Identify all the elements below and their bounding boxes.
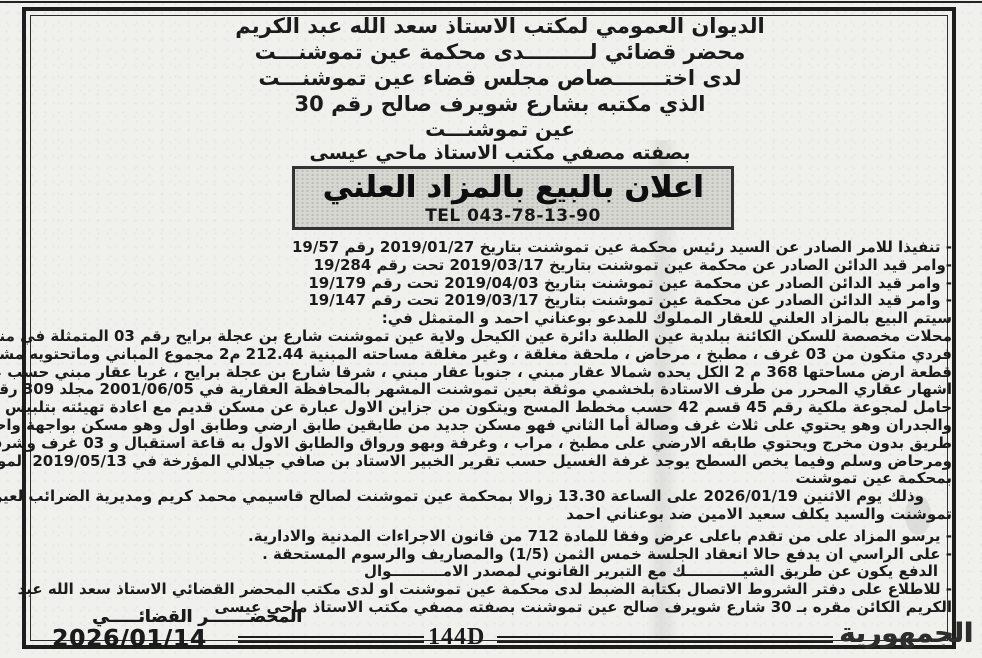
title-box: اعلان بالبيع بالمزاد العلني TEL 043-78-1… — [292, 166, 734, 230]
publication-date: 2026/01/14 — [52, 626, 207, 652]
body-line-cheque-payment: الدفع يكون عن طريق الشيـــــــــــك مع ا… — [38, 563, 952, 581]
header-city-line: عين تموشنـــت — [60, 117, 940, 141]
body-line-property-3: قطعة ارض مساحتها 368 م 2 الكل يحده شمالا… — [38, 364, 952, 382]
header-capacity-line: بصفته مصفي مكتب الاستاذ ماحي عيسى — [60, 141, 940, 165]
body-line-parties: تموشنت والسيد يكلف سعيد الامين ضد بوعنان… — [38, 506, 952, 524]
body-line-court: بمحكمة عين تموشنت — [38, 470, 952, 488]
body-line-property-8: ومرحاض وسلم وفيما يخص السطح يوجد غرفة ال… — [38, 453, 952, 471]
body-line-property-4: اشهار عقاري المحرر من طرف الاستادة بلخشم… — [38, 381, 952, 399]
body-line-order-4: - وامر قيد الدائن الصادر عن محكمة عين تم… — [38, 292, 952, 310]
body-line-fifth-payment: - على الراسي ان يدفع حالا انعقاد الجلسة … — [38, 546, 952, 564]
phone-number: TEL 043-78-13-90 — [295, 206, 731, 226]
header-jurisdiction-line: لدى اختـــــــصاص مجلس قضاء عين تموشنـــ… — [60, 65, 940, 91]
notice-header: الديوان العمومي لمكتب الاستاذ سعد الله ع… — [60, 13, 940, 165]
header-address-line: الذي مكتبه بشارع شويرف صالح رقم 30 — [60, 91, 940, 117]
body-line-property-7: طريق بدون مخرج ويحتوي طابقه الارضي على م… — [38, 435, 952, 453]
footer-rule-right — [497, 636, 833, 643]
body-line-order-2: -وامر قيد الدائن الصادر عن محكمة عين تمو… — [38, 257, 952, 275]
notice-body: - تنفيذا للامر الصادر عن السيد رئيس محكم… — [38, 239, 952, 617]
newspaper-logo: الجمهورية — [838, 618, 974, 649]
body-line-rule-712: - يرسو المزاد على من تقدم باعلى عرض وفقا… — [38, 528, 952, 546]
body-line-property-6: والجدران وهو يحتوي على ثلاث غرف وصالة أم… — [38, 417, 952, 435]
body-line-session-date: وذلك يوم الاثنين 2026/01/19 على الساعة 1… — [38, 488, 952, 506]
body-line-property-5: حامل لمجوعة ملكية رقم 45 قسم 42 حسب مخطط… — [38, 399, 952, 417]
scanned-auction-notice: الديوان العمومي لمكتب الاستاذ سعد الله ع… — [0, 0, 982, 658]
auction-title: اعلان بالبيع بالمزاد العلني — [295, 170, 731, 206]
body-line-order-3: - وامر قيد الدائن الصادر عن محكمة عين تم… — [38, 275, 952, 293]
ad-reference: 144D — [428, 624, 485, 651]
header-office-line: الديوان العمومي لمكتب الاستاذ سعد الله ع… — [60, 13, 940, 39]
body-line-sale-intro: سيتم البيع بالمزاد العلني للعقار المملوك… — [38, 310, 952, 328]
footer-rule-left — [238, 636, 424, 643]
body-line-property-2: فردي متكون من 03 غرف ، مطبخ ، مرحاض ، مل… — [38, 346, 952, 364]
body-line-conditions-1: - للاطلاع على دفتر الشروط الاتصال بكتابة… — [38, 581, 952, 599]
header-bailiff-line: محضر قضائي لـــــــــدى محكمة عين تموشنـ… — [60, 39, 940, 65]
body-line-order-1: - تنفيذا للامر الصادر عن السيد رئيس محكم… — [38, 239, 952, 257]
bailiff-signature: المحضـــــــر القضائـــــي — [92, 607, 302, 627]
top-edge-rule — [0, 1, 982, 3]
body-line-property-1: محلات مخصصة للسكن الكائنة ببلدية عين الط… — [38, 328, 952, 346]
